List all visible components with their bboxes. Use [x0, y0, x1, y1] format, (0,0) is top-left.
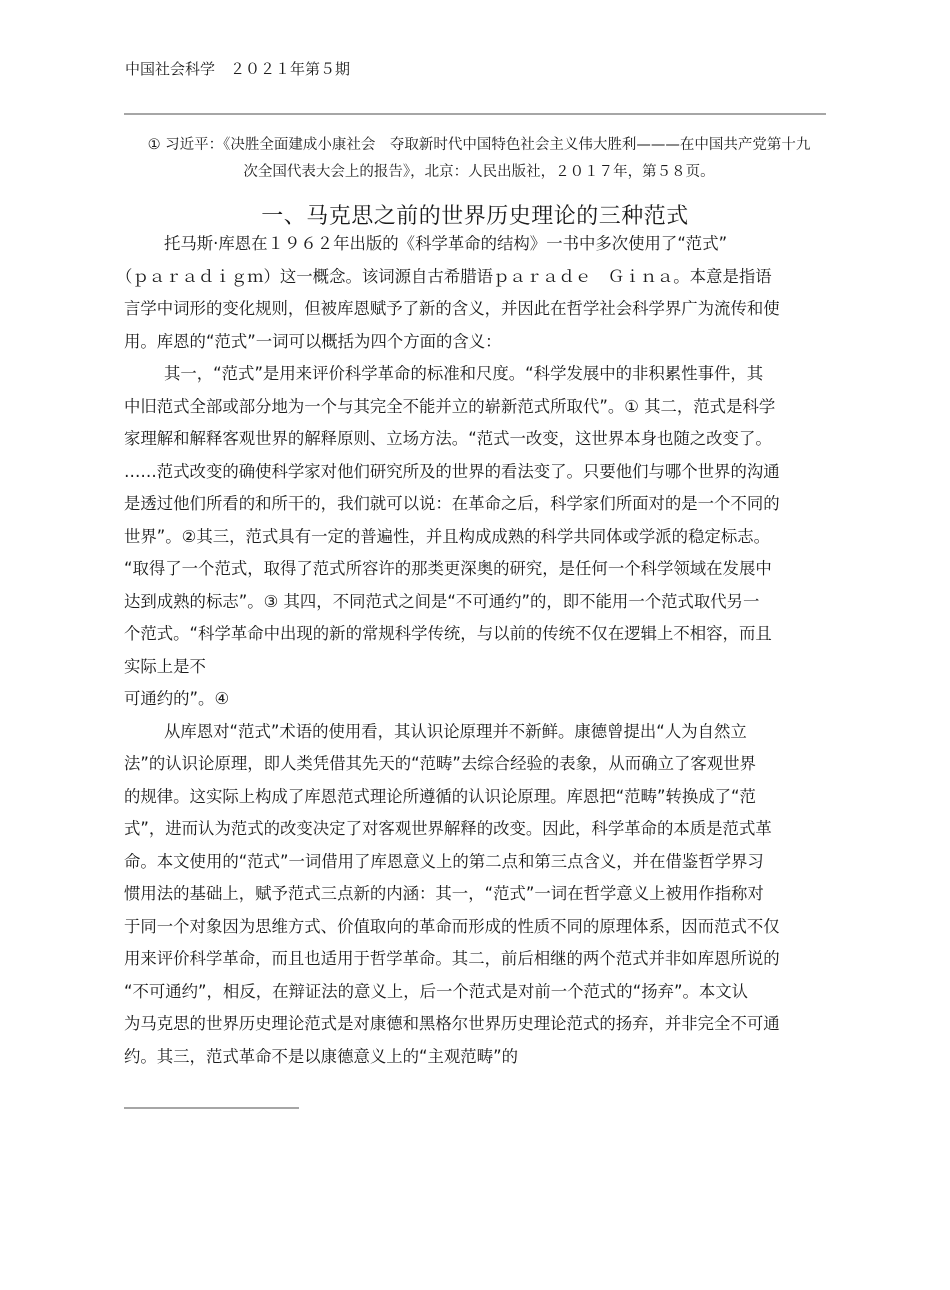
paragraph-line: 法”的认识论原理，即人类凭借其先天的“范畴”去综合经验的表象，从而确立了客观世界 — [124, 748, 828, 781]
paragraph-line: 达到成熟的标志”。③ 其四，不同范式之间是“不可通约”的，即不能用一个范式取代另… — [124, 586, 828, 619]
footnote-line: ① 习近平：《决胜全面建成小康社会 夺取新时代中国特色社会主义伟大胜利———在中… — [124, 132, 834, 159]
footnote-separator — [124, 1107, 299, 1109]
paragraph-line: “不可通约”，相反，在辩证法的意义上，后一个范式是对前一个范式的“扬弃”。本文认 — [124, 976, 828, 1009]
paragraph-line: ……范式改变的确使科学家对他们研究所及的世界的看法变了。只要他们与哪个世界的沟通 — [124, 456, 828, 489]
paragraph-line: 用来评价科学革命，而且也适用于哲学革命。其二，前后相继的两个范式并非如库恩所说的 — [124, 943, 828, 976]
body-text: 托马斯·库恩在１９６２年出版的《科学革命的结构》一书中多次使用了“范式” （ｐａ… — [124, 228, 828, 1073]
paragraph-line: 言学中词形的变化规则，但被库恩赋予了新的含义，并因此在哲学社会科学界广为流传和使 — [124, 293, 828, 326]
paragraph-line: 式”，进而认为范式的改变决定了对客观世界解释的改变。因此，科学革命的本质是范式革 — [124, 813, 828, 846]
paragraph-line: 为马克思的世界历史理论范式是对康德和黑格尔世界历史理论范式的扬弃，并非完全不可通 — [124, 1008, 828, 1041]
paragraph-line: 命。本文使用的“范式”一词借用了库恩意义上的第二点和第三点含义，并在借鉴哲学界习 — [124, 846, 828, 879]
paragraph-line: 可通约的”。④ — [124, 683, 828, 716]
paragraph-line: 的规律。这实际上构成了库恩范式理论所遵循的认识论原理。库恩把“范畴”转换成了“范 — [124, 781, 828, 814]
running-header: 中国社会科学 ２０２１年第５期 — [125, 58, 350, 80]
paragraph-line: 是透过他们所看的和所干的，我们就可以说：在革命之后，科学家们所面对的是一个不同的 — [124, 488, 828, 521]
footnote-line: 次全国代表大会上的报告》，北京：人民出版社，２０１７年，第５８页。 — [124, 159, 834, 186]
paragraph-line: 从库恩对“范式”术语的使用看，其认识论原理并不新鲜。康德曾提出“人为自然立 — [124, 716, 828, 749]
paragraph-line: 惯用法的基础上，赋予范式三点新的内涵：其一，“范式”一词在哲学意义上被用作指称对 — [124, 878, 828, 911]
paragraph-line: 个范式。“科学革命中出现的新的常规科学传统，与以前的传统不仅在逻辑上不相容，而且 — [124, 618, 828, 651]
footnote: ① 习近平：《决胜全面建成小康社会 夺取新时代中国特色社会主义伟大胜利———在中… — [124, 132, 834, 186]
paragraph-line: 用。库恩的“范式”一词可以概括为四个方面的含义： — [124, 326, 828, 359]
paragraph-line: （ｐａｒａｄｉｇｍ）这一概念。该词源自古希腊语ｐａｒａｄｅ Ｇｉｎａ。本意是指语 — [116, 261, 828, 294]
paragraph-line: 家理解和解释客观世界的解释原则、立场方法。“范式一改变，这世界本身也随之改变了。 — [124, 423, 828, 456]
paragraph-line: 中旧范式全部或部分地为一个与其完全不能并立的崭新范式所取代”。① 其二，范式是科… — [124, 391, 828, 424]
paragraph-line: “取得了一个范式，取得了范式所容许的那类更深奥的研究，是任何一个科学领域在发展中 — [124, 553, 828, 586]
paragraph-line: 托马斯·库恩在１９６２年出版的《科学革命的结构》一书中多次使用了“范式” — [124, 228, 828, 261]
paragraph-line: 世界”。②其三，范式具有一定的普遍性，并且构成成熟的科学共同体或学派的稳定标志。 — [124, 521, 828, 554]
paragraph-line: 实际上是不 — [124, 651, 828, 684]
paragraph-line: 于同一个对象因为思维方式、价值取向的革命而形成的性质不同的原理体系，因而范式不仅 — [124, 911, 828, 944]
paragraph-line: 其一，“范式”是用来评价科学革命的标准和尺度。“科学发展中的非积累性事件，其 — [124, 358, 828, 391]
document-page: 中国社会科学 ２０２１年第５期 ① 习近平：《决胜全面建成小康社会 夺取新时代中… — [0, 0, 950, 1290]
header-divider — [124, 113, 826, 115]
paragraph-line: 约。其三，范式革命不是以康德意义上的“主观范畴”的 — [124, 1041, 828, 1074]
